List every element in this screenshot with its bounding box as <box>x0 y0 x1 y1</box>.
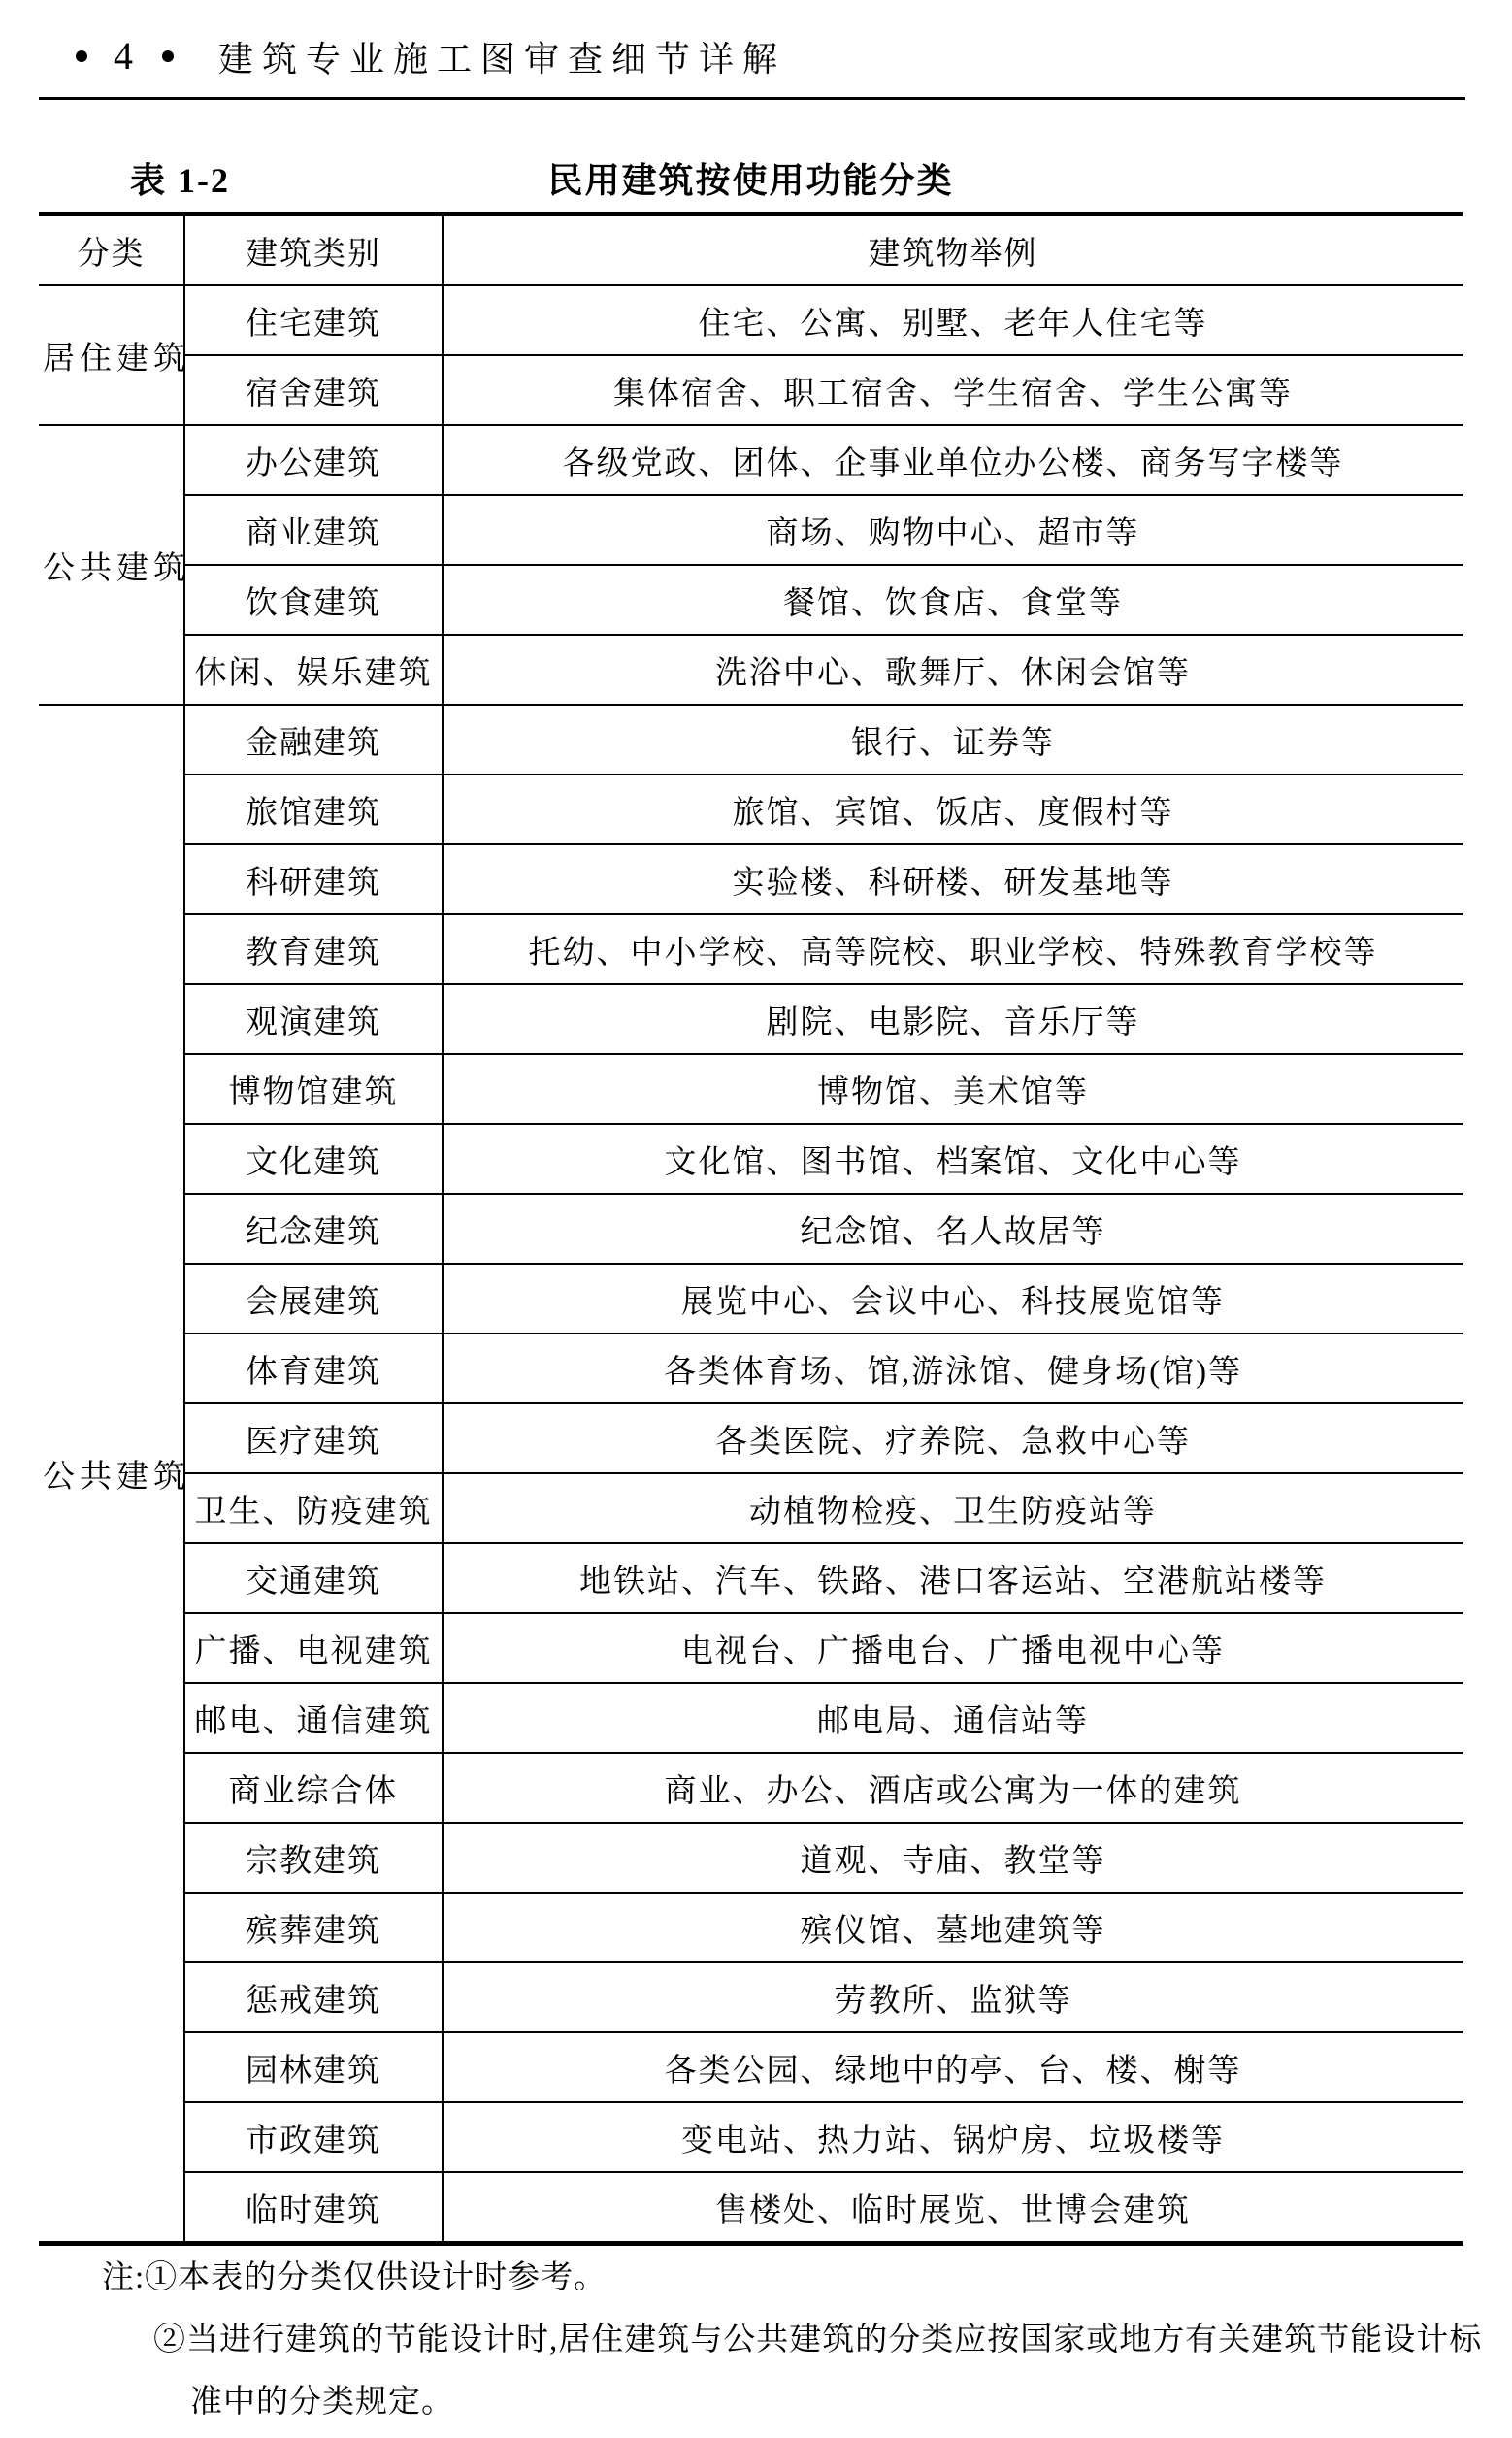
building-type-cell: 饮食建筑 <box>184 565 443 635</box>
table-row: 惩戒建筑 劳教所、监狱等 <box>39 1962 1463 2032</box>
building-type-cell: 市政建筑 <box>184 2102 443 2172</box>
column-header-examples: 建筑物举例 <box>443 214 1463 286</box>
table-caption-title: 民用建筑按使用功能分类 <box>39 153 1463 203</box>
table-row: 文化建筑 文化馆、图书馆、档案馆、文化中心等 <box>39 1124 1463 1194</box>
examples-cell: 洗浴中心、歌舞厅、休闲会馆等 <box>443 635 1463 705</box>
examples-cell: 商业、办公、酒店或公寓为一体的建筑 <box>443 1753 1463 1823</box>
column-header-type: 建筑类别 <box>184 214 443 286</box>
examples-cell: 文化馆、图书馆、档案馆、文化中心等 <box>443 1124 1463 1194</box>
building-type-cell: 教育建筑 <box>184 914 443 984</box>
note-line: 注:①本表的分类仅供设计时参考。 <box>102 2257 607 2298</box>
building-type-cell: 博物馆建筑 <box>184 1054 443 1124</box>
table-row: 商业建筑 商场、购物中心、超市等 <box>39 495 1463 565</box>
examples-cell: 各类体育场、馆,游泳馆、健身场(馆)等 <box>443 1334 1463 1403</box>
table-row: 旅馆建筑 旅馆、宾馆、饭店、度假村等 <box>39 774 1463 844</box>
classification-table: 分类 建筑类别 建筑物举例 居住建筑 住宅建筑 住宅、公寓、别墅、老年人住宅等 … <box>39 212 1463 2246</box>
table-row: 医疗建筑 各类医院、疗养院、急救中心等 <box>39 1403 1463 1473</box>
examples-cell: 实验楼、科研楼、研发基地等 <box>443 844 1463 914</box>
examples-cell: 托幼、中小学校、高等院校、职业学校、特殊教育学校等 <box>443 914 1463 984</box>
building-type-cell: 殡葬建筑 <box>184 1893 443 1962</box>
bullet-icon <box>162 50 174 62</box>
table-header-row: 分类 建筑类别 建筑物举例 <box>39 214 1463 286</box>
building-type-cell: 住宅建筑 <box>184 285 443 355</box>
building-type-cell: 体育建筑 <box>184 1334 443 1403</box>
table-row: 博物馆建筑 博物馆、美术馆等 <box>39 1054 1463 1124</box>
book-title: 建筑专业施工图审查细节详解 <box>218 32 786 82</box>
table-row: 邮电、通信建筑 邮电局、通信站等 <box>39 1683 1463 1753</box>
building-type-cell: 宗教建筑 <box>184 1823 443 1893</box>
examples-cell: 劳教所、监狱等 <box>443 1962 1463 2032</box>
category-cell-public-1: 公共建筑 <box>39 425 184 705</box>
building-type-cell: 休闲、娱乐建筑 <box>184 635 443 705</box>
bullet-icon <box>76 50 87 62</box>
examples-cell: 动植物检疫、卫生防疫站等 <box>443 1473 1463 1543</box>
examples-cell: 各类公园、绿地中的亭、台、楼、榭等 <box>443 2032 1463 2102</box>
table-row: 居住建筑 住宅建筑 住宅、公寓、别墅、老年人住宅等 <box>39 285 1463 355</box>
building-type-cell: 交通建筑 <box>184 1543 443 1613</box>
table-row: 纪念建筑 纪念馆、名人故居等 <box>39 1194 1463 1264</box>
building-type-cell: 科研建筑 <box>184 844 443 914</box>
table-row: 休闲、娱乐建筑 洗浴中心、歌舞厅、休闲会馆等 <box>39 635 1463 705</box>
examples-cell: 展览中心、会议中心、科技展览馆等 <box>443 1264 1463 1334</box>
table-row: 公共建筑 办公建筑 各级党政、团体、企事业单位办公楼、商务写字楼等 <box>39 425 1463 495</box>
building-type-cell: 卫生、防疫建筑 <box>184 1473 443 1543</box>
building-type-cell: 邮电、通信建筑 <box>184 1683 443 1753</box>
building-type-cell: 办公建筑 <box>184 425 443 495</box>
examples-cell: 邮电局、通信站等 <box>443 1683 1463 1753</box>
examples-cell: 博物馆、美术馆等 <box>443 1054 1463 1124</box>
building-type-cell: 商业建筑 <box>184 495 443 565</box>
category-cell-public-2: 公共建筑 <box>39 705 184 2244</box>
examples-cell: 各级党政、团体、企事业单位办公楼、商务写字楼等 <box>443 425 1463 495</box>
table-row: 广播、电视建筑 电视台、广播电台、广播电视中心等 <box>39 1613 1463 1683</box>
table-row: 饮食建筑 餐馆、饮食店、食堂等 <box>39 565 1463 635</box>
examples-cell: 道观、寺庙、教堂等 <box>443 1823 1463 1893</box>
table-row: 宿舍建筑 集体宿舍、职工宿舍、学生宿舍、学生公寓等 <box>39 355 1463 425</box>
note-line: 准中的分类规定。 <box>190 2382 454 2422</box>
examples-cell: 银行、证券等 <box>443 705 1463 774</box>
building-type-cell: 会展建筑 <box>184 1264 443 1334</box>
examples-cell: 售楼处、临时展览、世博会建筑 <box>443 2172 1463 2244</box>
building-type-cell: 旅馆建筑 <box>184 774 443 844</box>
header-rule <box>39 97 1465 100</box>
building-type-cell: 园林建筑 <box>184 2032 443 2102</box>
note-line: ②当进行建筑的节能设计时,居住建筑与公共建筑的分类应按国家或地方有关建筑节能设计… <box>153 2320 1482 2360</box>
examples-cell: 电视台、广播电台、广播电视中心等 <box>443 1613 1463 1683</box>
building-type-cell: 商业综合体 <box>184 1753 443 1823</box>
page-number: 4 <box>114 33 133 80</box>
building-type-cell: 纪念建筑 <box>184 1194 443 1264</box>
table-row: 交通建筑 地铁站、汽车、铁路、港口客运站、空港航站楼等 <box>39 1543 1463 1613</box>
table-row: 科研建筑 实验楼、科研楼、研发基地等 <box>39 844 1463 914</box>
table-row: 宗教建筑 道观、寺庙、教堂等 <box>39 1823 1463 1893</box>
building-type-cell: 医疗建筑 <box>184 1403 443 1473</box>
building-type-cell: 金融建筑 <box>184 705 443 774</box>
table-row: 市政建筑 变电站、热力站、锅炉房、垃圾楼等 <box>39 2102 1463 2172</box>
building-type-cell: 广播、电视建筑 <box>184 1613 443 1683</box>
examples-cell: 变电站、热力站、锅炉房、垃圾楼等 <box>443 2102 1463 2172</box>
table-row: 殡葬建筑 殡仪馆、墓地建筑等 <box>39 1893 1463 1962</box>
examples-cell: 各类医院、疗养院、急救中心等 <box>443 1403 1463 1473</box>
examples-cell: 纪念馆、名人故居等 <box>443 1194 1463 1264</box>
examples-cell: 餐馆、饮食店、食堂等 <box>443 565 1463 635</box>
running-head: 4 建筑专业施工图审查细节详解 <box>76 33 786 80</box>
building-type-cell: 惩戒建筑 <box>184 1962 443 2032</box>
table-row: 教育建筑 托幼、中小学校、高等院校、职业学校、特殊教育学校等 <box>39 914 1463 984</box>
building-type-cell: 临时建筑 <box>184 2172 443 2244</box>
building-type-cell: 宿舍建筑 <box>184 355 443 425</box>
column-header-category: 分类 <box>39 214 184 286</box>
table-row: 园林建筑 各类公园、绿地中的亭、台、楼、榭等 <box>39 2032 1463 2102</box>
table-row: 临时建筑 售楼处、临时展览、世博会建筑 <box>39 2172 1463 2244</box>
building-type-cell: 观演建筑 <box>184 984 443 1054</box>
building-type-cell: 文化建筑 <box>184 1124 443 1194</box>
examples-cell: 集体宿舍、职工宿舍、学生宿舍、学生公寓等 <box>443 355 1463 425</box>
table-row: 卫生、防疫建筑 动植物检疫、卫生防疫站等 <box>39 1473 1463 1543</box>
examples-cell: 住宅、公寓、别墅、老年人住宅等 <box>443 285 1463 355</box>
table-row: 商业综合体 商业、办公、酒店或公寓为一体的建筑 <box>39 1753 1463 1823</box>
table-row: 体育建筑 各类体育场、馆,游泳馆、健身场(馆)等 <box>39 1334 1463 1403</box>
examples-cell: 地铁站、汽车、铁路、港口客运站、空港航站楼等 <box>443 1543 1463 1613</box>
table-row: 公共建筑 金融建筑 银行、证券等 <box>39 705 1463 774</box>
examples-cell: 商场、购物中心、超市等 <box>443 495 1463 565</box>
examples-cell: 剧院、电影院、音乐厅等 <box>443 984 1463 1054</box>
table-row: 会展建筑 展览中心、会议中心、科技展览馆等 <box>39 1264 1463 1334</box>
examples-cell: 殡仪馆、墓地建筑等 <box>443 1893 1463 1962</box>
examples-cell: 旅馆、宾馆、饭店、度假村等 <box>443 774 1463 844</box>
category-cell-residential: 居住建筑 <box>39 285 184 425</box>
book-page: 4 建筑专业施工图审查细节详解 表 1-2 民用建筑按使用功能分类 分类 建筑类… <box>0 0 1512 2438</box>
table-row: 观演建筑 剧院、电影院、音乐厅等 <box>39 984 1463 1054</box>
